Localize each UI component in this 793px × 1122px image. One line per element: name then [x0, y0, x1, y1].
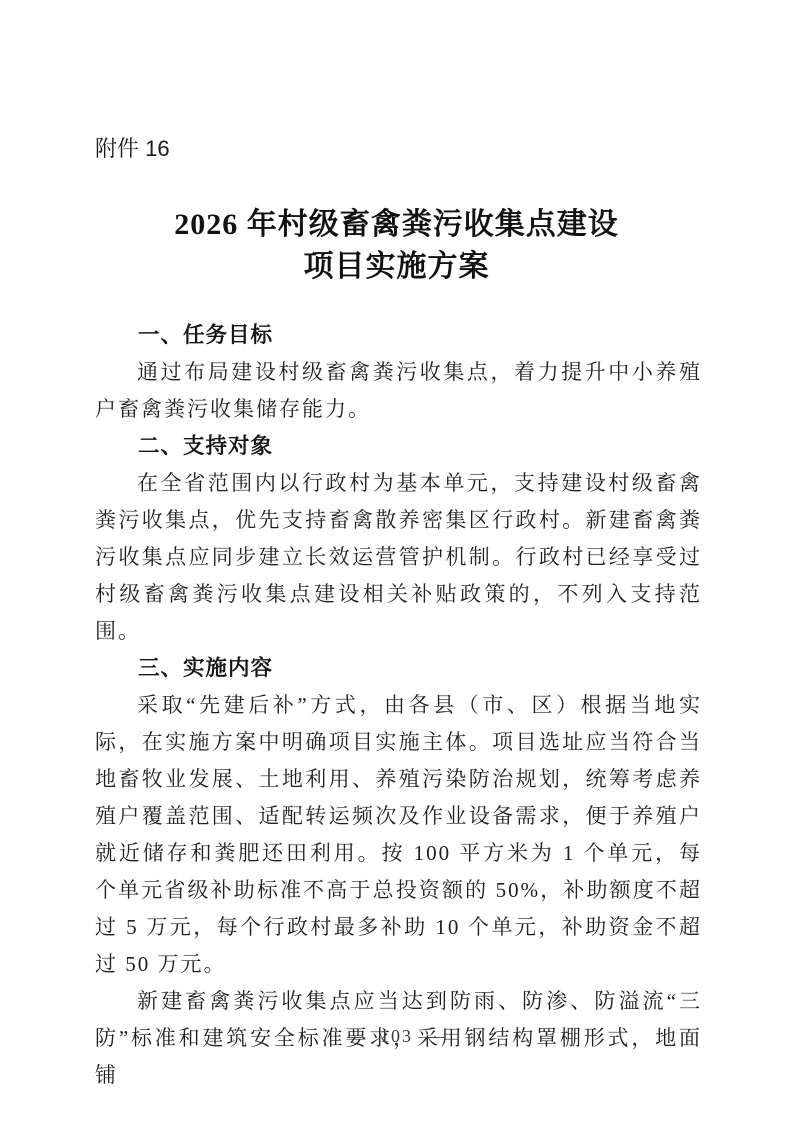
- document-title-line-1: 2026 年村级畜禽粪污收集点建设: [174, 208, 619, 241]
- page-number: — 103 —: [0, 1026, 793, 1047]
- document-body: 一、任务目标 通过布局建设村级畜禽粪污收集点，着力提升中小养殖户畜禽粪污收集储存…: [95, 317, 702, 1094]
- document-title-line-2: 项目实施方案: [304, 250, 490, 283]
- section-heading-support-targets: 二、支持对象: [95, 428, 702, 465]
- paragraph-support-targets: 在全省范围内以行政村为基本单元，支持建设村级畜禽粪污收集点，优先支持畜禽散养密集…: [95, 465, 702, 650]
- attachment-label: 附件 16: [95, 132, 170, 163]
- document-title: 2026 年村级畜禽粪污收集点建设 项目实施方案: [0, 204, 793, 288]
- document-page: 附件 16 2026 年村级畜禽粪污收集点建设 项目实施方案 一、任务目标 通过…: [0, 0, 793, 1122]
- paragraph-implementation-funding: 采取“先建后补”方式，由各县（市、区）根据当地实际，在实施方案中明确项目实施主体…: [95, 687, 702, 983]
- section-heading-implementation-content: 三、实施内容: [95, 650, 702, 687]
- section-heading-task-goals: 一、任务目标: [95, 317, 702, 354]
- paragraph-task-goals: 通过布局建设村级畜禽粪污收集点，着力提升中小养殖户畜禽粪污收集储存能力。: [95, 354, 702, 428]
